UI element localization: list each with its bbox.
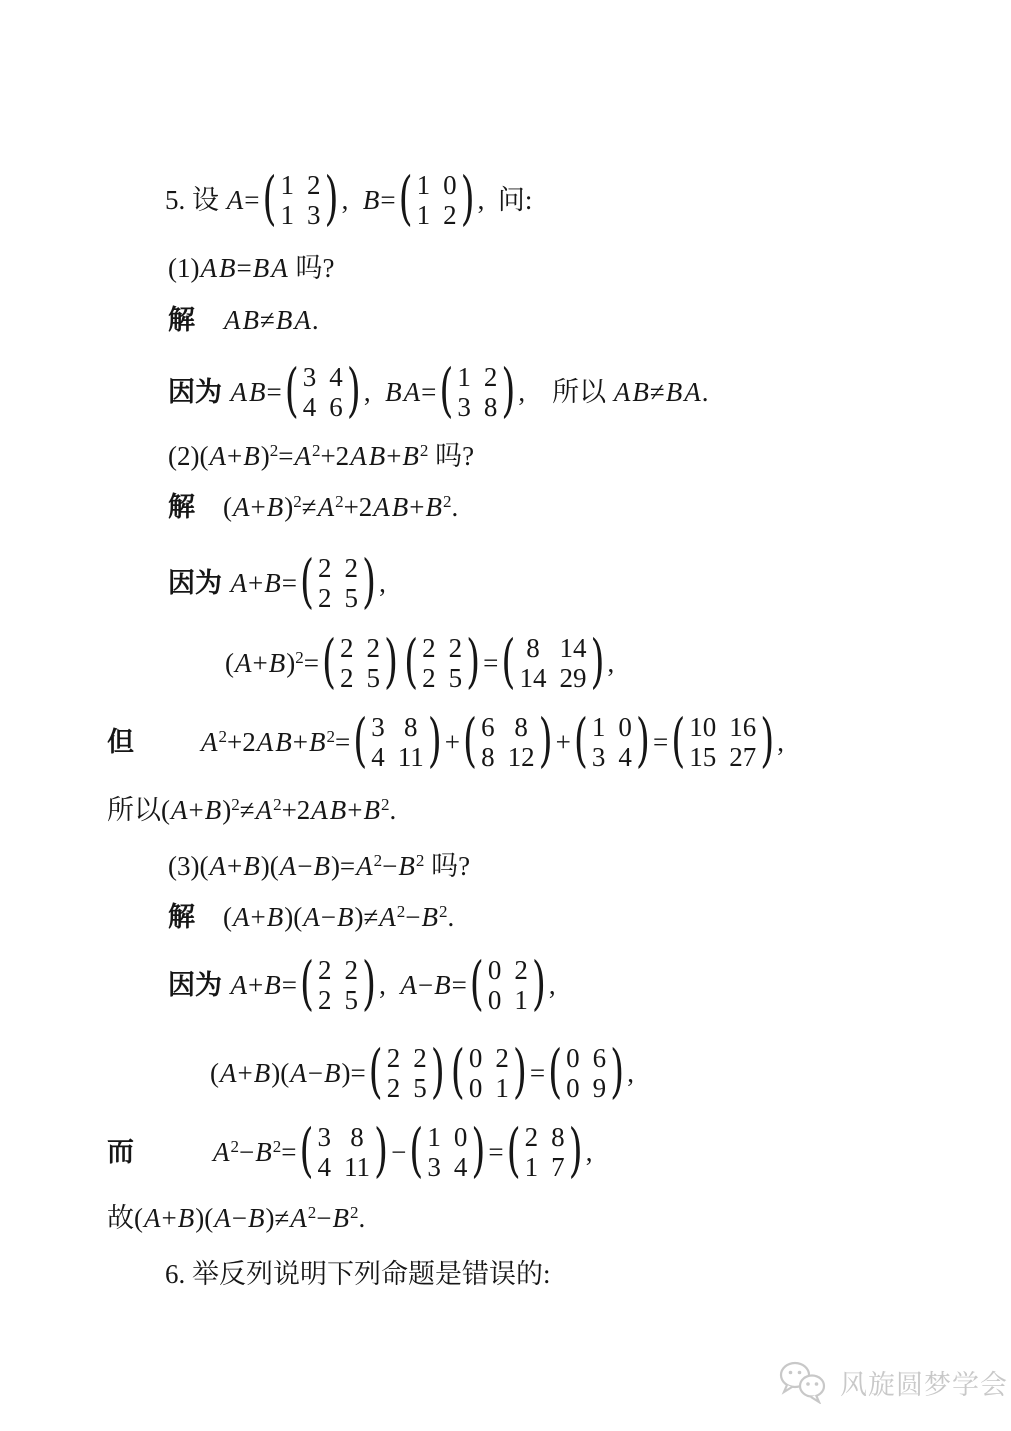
matrix-cell: 2: [484, 362, 498, 392]
matrix-paren-right: ): [428, 713, 442, 771]
matrix-cell: 2: [318, 955, 332, 985]
matrix-cell: 2: [413, 1043, 427, 1073]
matrix: (2225): [322, 633, 398, 693]
matrix-cell: 0: [454, 1122, 468, 1152]
matrix: (2225): [369, 1043, 445, 1103]
matrix-cell: 16: [729, 712, 756, 742]
matrix-cells: 2817: [525, 1122, 565, 1182]
matrix-paren-right: ): [461, 171, 475, 229]
matrix-paren-right: ): [590, 634, 604, 692]
matrix-cells: 0609: [566, 1043, 606, 1103]
math-run: ,: [478, 184, 498, 216]
matrix-cells: 38411: [371, 712, 424, 772]
line-q3-because: 因为 A+B=(2225), A−B=(0201),: [168, 955, 556, 1015]
matrix-cell: 27: [729, 742, 756, 772]
matrix-cells: 1034: [592, 712, 632, 772]
matrix-cell: 0: [443, 170, 457, 200]
matrix-cell: 8: [526, 633, 540, 663]
matrix-cell: 3: [457, 392, 471, 422]
wechat-icon: [778, 1360, 830, 1404]
matrix-paren-left: (: [353, 713, 367, 771]
math-run: AB≠BA.: [613, 376, 709, 408]
spacer: [134, 1152, 212, 1153]
matrix: (2225): [404, 633, 480, 693]
matrix-cell: 0: [566, 1043, 580, 1073]
math-run: =: [530, 1057, 545, 1089]
matrix-cells: 38411: [318, 1122, 371, 1182]
matrix: (68812): [463, 712, 553, 772]
matrix-cell: 1: [525, 1152, 539, 1182]
matrix-paren-left: (: [451, 1044, 465, 1102]
matrix: (38411): [353, 712, 442, 772]
matrix-cell: 3: [427, 1152, 441, 1182]
line-q2-but: 但A2+2AB+B2=(38411)+(68812)+(1034)=(10161…: [107, 712, 784, 772]
matrix-cell: 1: [457, 362, 471, 392]
matrix-cell: 8: [514, 712, 528, 742]
math-run: BA=: [384, 376, 436, 408]
matrix-cell: 29: [559, 663, 586, 693]
math-run: =: [483, 647, 498, 679]
matrix-cell: 1: [281, 200, 295, 230]
matrix-cells: 2225: [387, 1043, 427, 1103]
matrix-paren-right: ): [325, 171, 339, 229]
matrix-paren-left: (: [671, 713, 685, 771]
matrix-paren-right: ): [532, 956, 546, 1014]
math-run: (3)(A+B)(A−B)=A2−B2: [168, 850, 424, 882]
matrix: (2225): [300, 553, 376, 613]
text-run: 吗?: [424, 850, 470, 882]
matrix-cell: 2: [307, 170, 321, 200]
text-run: 所以: [552, 376, 613, 408]
matrix: (1034): [409, 1122, 485, 1182]
matrix-cell: 2: [340, 663, 354, 693]
matrix-paren-left: (: [399, 171, 413, 229]
text-run: 举反列说明下列命题是错误的:: [192, 1258, 551, 1290]
matrix: (1238): [439, 362, 515, 422]
matrix: (2225): [300, 955, 376, 1015]
matrix-cell: 4: [329, 362, 343, 392]
line-q3-answer: 解(A+B)(A−B)≠A2−B2.: [168, 901, 454, 933]
line-q2-expansion: (A+B)2=(2225)(2225)=(8141429),: [225, 633, 614, 693]
matrix-cell: 0: [469, 1073, 483, 1103]
matrix-cell: 1: [417, 170, 431, 200]
matrix-cell: 2: [318, 583, 332, 613]
matrix-cell: 3: [371, 712, 385, 742]
matrix-paren-right: ): [384, 634, 398, 692]
matrix-paren-right: ): [610, 1044, 624, 1102]
bold-label: 因为: [168, 376, 230, 408]
matrix-cell: 7: [551, 1152, 565, 1182]
matrix-cell: 8: [350, 1122, 364, 1152]
line-q2-because: 因为 A+B=(2225),: [168, 553, 386, 613]
matrix-cells: 2225: [340, 633, 380, 693]
matrix-cells: 2225: [422, 633, 462, 693]
text-run: 设: [192, 184, 226, 216]
line-problem-5-statement: 5. 设 A=(1213), B=(1012), 问:: [165, 170, 532, 230]
matrix-paren-right: ): [347, 363, 361, 421]
line-q2-question: (2)(A+B)2=A2+2AB+B2 吗?: [168, 440, 474, 472]
matrix-paren-right: ): [362, 956, 376, 1014]
matrix-cell: 15: [689, 742, 716, 772]
math-run: AB=: [230, 376, 282, 408]
matrix-paren-left: (: [299, 1123, 313, 1181]
matrix: (0201): [451, 1043, 527, 1103]
text-run: 故: [107, 1202, 134, 1234]
matrix-paren-right: ): [636, 713, 650, 771]
math-run: +: [445, 726, 460, 758]
spacer: [195, 320, 223, 321]
math-run: A2+2AB+B2=: [200, 726, 350, 758]
math-run: (2)(A+B)2=A2+2AB+B2: [168, 440, 428, 472]
math-run: B=: [362, 184, 396, 216]
matrix-cell: 14: [519, 663, 546, 693]
matrix-cell: 2: [449, 633, 463, 663]
math-run: ,: [586, 1136, 593, 1168]
matrix-cell: 2: [387, 1043, 401, 1073]
matrix-cell: 0: [488, 985, 502, 1015]
matrix-cells: 1034: [427, 1122, 467, 1182]
matrix-cell: 3: [318, 1122, 332, 1152]
math-run: ,: [379, 567, 386, 599]
matrix-cells: 0201: [488, 955, 528, 1015]
matrix-cell: 2: [367, 633, 381, 663]
matrix-cell: 0: [488, 955, 502, 985]
matrix-cell: 1: [427, 1122, 441, 1152]
matrix: (8141429): [501, 633, 604, 693]
matrix-cell: 2: [495, 1043, 509, 1073]
matrix-paren-left: (: [300, 554, 314, 612]
matrix: (1034): [574, 712, 650, 772]
math-run: (A+B)2≠A2+2AB+B2.: [161, 794, 396, 826]
math-run: A+B=: [230, 567, 297, 599]
matrix-cells: 3446: [303, 362, 343, 422]
matrix-cell: 8: [481, 742, 495, 772]
matrix-cell: 4: [318, 1152, 332, 1182]
spacer: [134, 742, 200, 743]
matrix-paren-left: (: [404, 634, 418, 692]
matrix-cells: 8141429: [519, 633, 586, 693]
matrix-cell: 5: [345, 985, 359, 1015]
matrix-paren-right: ): [362, 554, 376, 612]
math-run: +: [556, 726, 571, 758]
matrix-cell: 2: [422, 663, 436, 693]
matrix-cells: 2225: [318, 955, 358, 1015]
math-run: ,: [342, 184, 362, 216]
matrix-cell: 2: [443, 200, 457, 230]
math-run: (A+B)(A−B)=: [210, 1057, 366, 1089]
line-problem-6-statement: 6. 举反列说明下列命题是错误的:: [165, 1258, 551, 1290]
matrix-cell: 1: [495, 1073, 509, 1103]
matrix-paren-left: (: [574, 713, 588, 771]
matrix-cell: 0: [469, 1043, 483, 1073]
math-run: ,: [364, 376, 384, 408]
matrix-cell: 10: [689, 712, 716, 742]
matrix-cell: 2: [514, 955, 528, 985]
matrix-paren-left: (: [300, 956, 314, 1014]
bold-label: 因为: [168, 969, 230, 1001]
math-run: (A+B)2=: [225, 647, 319, 679]
matrix-cell: 4: [303, 392, 317, 422]
matrix-cell: 12: [508, 742, 535, 772]
bold-label: 而: [107, 1136, 134, 1168]
matrix-cell: 1: [592, 712, 606, 742]
matrix-paren-left: (: [439, 363, 453, 421]
matrix-paren-left: (: [285, 363, 299, 421]
matrix-cell: 11: [344, 1152, 370, 1182]
matrix-cell: 2: [422, 633, 436, 663]
bold-label: 解: [168, 491, 195, 523]
line-q1-reason: 因为 AB=(3446), BA=(1238), 所以 AB≠BA.: [168, 362, 709, 422]
matrix-paren-right: ): [471, 1123, 485, 1181]
math-run: AB≠BA.: [223, 304, 319, 336]
matrix-paren-right: ): [431, 1044, 445, 1102]
matrix-cell: 6: [593, 1043, 607, 1073]
matrix-cell: 2: [525, 1122, 539, 1152]
bold-label: 但: [107, 726, 134, 758]
line-q1-answer: 解AB≠BA.: [168, 304, 319, 336]
matrix-cell: 3: [592, 742, 606, 772]
matrix-cell: 9: [593, 1073, 607, 1103]
bold-label: 解: [168, 901, 195, 933]
spacer: [195, 507, 223, 508]
math-run: (A+B)(A−B)≠A2−B2.: [223, 901, 454, 933]
matrix-cell: 4: [454, 1152, 468, 1182]
math-run: ,: [549, 969, 556, 1001]
matrix-paren-right: ): [569, 1123, 583, 1181]
math-run: A−B=: [399, 969, 466, 1001]
matrix-cell: 1: [281, 170, 295, 200]
matrix-cell: 0: [566, 1073, 580, 1103]
math-run: ,: [777, 726, 784, 758]
matrix-cell: 1: [417, 200, 431, 230]
matrix-paren-left: (: [262, 171, 276, 229]
matrix-cell: 5: [449, 663, 463, 693]
matrix-cell: 1: [514, 985, 528, 1015]
matrix-paren-left: (: [409, 1123, 423, 1181]
matrix-cells: 1012: [417, 170, 457, 230]
matrix: (38411): [299, 1122, 388, 1182]
matrix-cell: 6: [329, 392, 343, 422]
text-run: 6.: [165, 1258, 192, 1290]
matrix-paren-left: (: [548, 1044, 562, 1102]
matrix-cell: 8: [404, 712, 418, 742]
matrix-cell: 5: [367, 663, 381, 693]
math-run: A=: [226, 184, 260, 216]
matrix-cell: 4: [371, 742, 385, 772]
text-run: 问:: [498, 184, 533, 216]
text-run: 吗?: [289, 252, 335, 284]
spacer: [195, 917, 223, 918]
math-run: =: [488, 1136, 503, 1168]
matrix-cell: 6: [481, 712, 495, 742]
matrix: (0609): [548, 1043, 624, 1103]
matrix-cells: 1238: [457, 362, 497, 422]
matrix-cell: 2: [387, 1073, 401, 1103]
matrix-paren-left: (: [463, 713, 477, 771]
math-run: A2−B2=: [212, 1136, 296, 1168]
line-q3-product: (A+B)(A−B)=(2225)(0201)=(0609),: [210, 1043, 634, 1103]
matrix-cell: 14: [559, 633, 586, 663]
matrix-cell: 2: [318, 985, 332, 1015]
matrix-cell: 3: [307, 200, 321, 230]
matrix: (10161527): [671, 712, 774, 772]
math-run: A+B=: [230, 969, 297, 1001]
matrix-cell: 2: [318, 553, 332, 583]
matrix-cells: 1213: [281, 170, 321, 230]
matrix-paren-right: ): [539, 713, 553, 771]
matrix-paren-right: ): [501, 363, 515, 421]
matrix-paren-right: ): [760, 713, 774, 771]
watermark-text: 风旋圆梦学会: [840, 1363, 1008, 1402]
matrix-cells: 10161527: [689, 712, 756, 772]
line-q2-answer: 解(A+B)2≠A2+2AB+B2.: [168, 491, 458, 523]
math-run: −: [391, 1136, 406, 1168]
matrix-cells: 0201: [469, 1043, 509, 1103]
text-run: 所以: [107, 794, 161, 826]
line-q2-conclusion: 所以(A+B)2≠A2+2AB+B2.: [107, 794, 396, 826]
watermark: 风旋圆梦学会: [778, 1360, 1008, 1404]
matrix: (3446): [285, 362, 361, 422]
matrix-cell: 8: [551, 1122, 565, 1152]
matrix-cells: 2225: [318, 553, 358, 613]
matrix-paren-right: ): [374, 1123, 388, 1181]
matrix-paren-left: (: [507, 1123, 521, 1181]
math-run: ,: [379, 969, 399, 1001]
matrix-cell: 11: [398, 742, 424, 772]
matrix-cell: 5: [345, 583, 359, 613]
math-run: (A+B)2≠A2+2AB+B2.: [223, 491, 458, 523]
matrix-cell: 3: [303, 362, 317, 392]
math-run: =: [653, 726, 668, 758]
matrix: (1213): [262, 170, 338, 230]
text-run: 5.: [165, 184, 192, 216]
matrix-cell: 5: [413, 1073, 427, 1103]
matrix-paren-left: (: [470, 956, 484, 1014]
matrix-cell: 2: [340, 633, 354, 663]
document-page: 5. 设 A=(1213), B=(1012), 问: (1)AB=BA 吗? …: [0, 0, 1011, 1431]
matrix-paren-right: ): [466, 634, 480, 692]
math-run: ,: [518, 376, 552, 408]
bold-label: 解: [168, 304, 195, 336]
matrix-cell: 8: [484, 392, 498, 422]
line-q3-while: 而A2−B2=(38411)−(1034)=(2817),: [107, 1122, 592, 1182]
matrix-cell: 2: [345, 553, 359, 583]
matrix: (0201): [470, 955, 546, 1015]
math-run: ,: [627, 1057, 634, 1089]
math-run: (A+B)(A−B)≠A2−B2.: [134, 1202, 365, 1234]
math-run: (1)AB=BA: [168, 252, 289, 284]
matrix-cells: 68812: [481, 712, 535, 772]
matrix-paren-right: ): [513, 1044, 527, 1102]
math-run: ,: [607, 647, 614, 679]
line-q3-question: (3)(A+B)(A−B)=A2−B2 吗?: [168, 850, 470, 882]
matrix: (1012): [399, 170, 475, 230]
matrix: (2817): [507, 1122, 583, 1182]
line-q3-conclusion: 故(A+B)(A−B)≠A2−B2.: [107, 1202, 365, 1234]
matrix-paren-left: (: [322, 634, 336, 692]
matrix-paren-left: (: [501, 634, 515, 692]
matrix-cell: 4: [618, 742, 632, 772]
matrix-cell: 0: [618, 712, 632, 742]
matrix-paren-left: (: [369, 1044, 383, 1102]
text-run: 吗?: [428, 440, 474, 472]
matrix-cell: 2: [345, 955, 359, 985]
bold-label: 因为: [168, 567, 230, 599]
line-q1-question: (1)AB=BA 吗?: [168, 252, 334, 284]
